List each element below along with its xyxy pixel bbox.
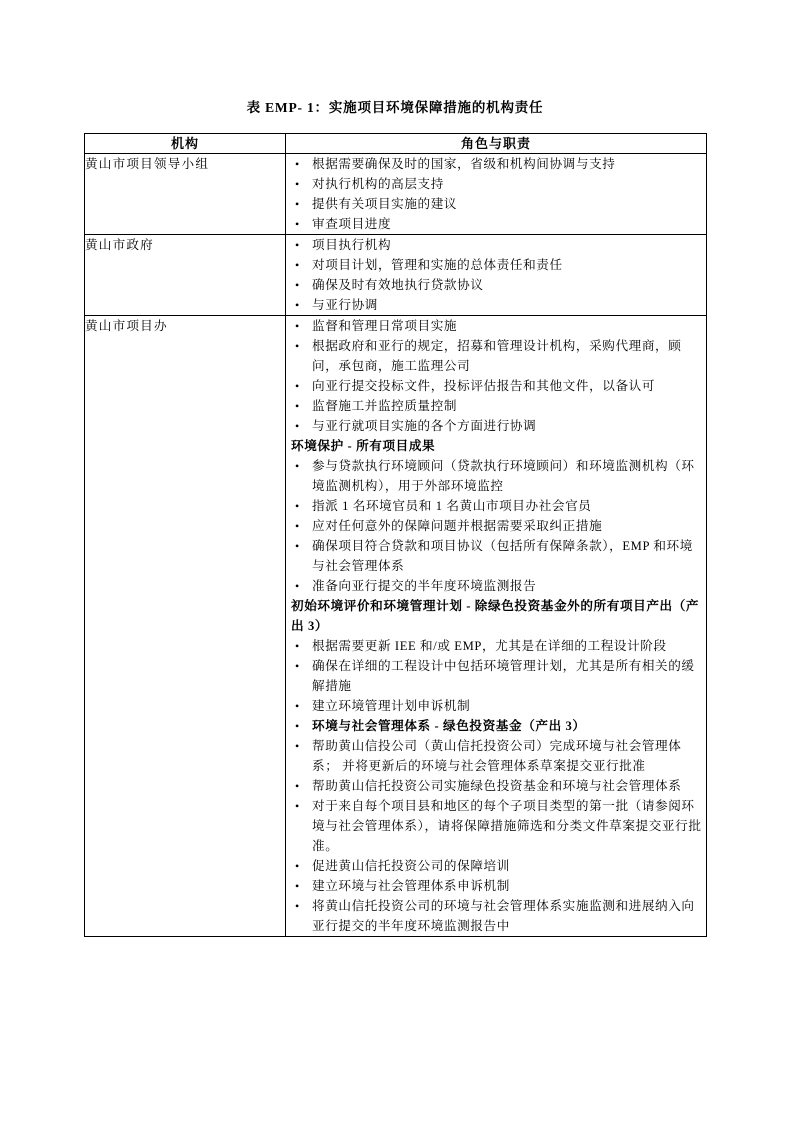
org-cell: 黄山市项目领导小组 — [85, 154, 286, 235]
item-text: 帮助黄山信投公司（黄山信托投资公司）完成环境与社会管理体系； 并将更新后的环境与… — [312, 739, 681, 773]
section-header: 初始环境评价和环境管理计划 - 除绿色投资基金外的所有项目产出（产出 3） — [286, 596, 706, 636]
item-text: 准备向亚行提交的半年度环境监测报告 — [312, 579, 536, 593]
section-header: 环境保护 - 所有项目成果 — [286, 436, 706, 456]
bullet-icon: • — [295, 214, 299, 234]
bullet-icon: • — [295, 536, 299, 556]
item-text: 与亚行就项目实施的各个方面进行协调 — [312, 419, 536, 433]
responsibility-item: •将黄山信托投资公司的环境与社会管理体系实施监测和进展纳入向亚行提交的半年度环境… — [286, 896, 706, 936]
bullet-icon: • — [295, 295, 299, 315]
responsibility-item: •项目执行机构 — [286, 235, 706, 255]
responsibility-item: •向亚行提交投标文件，投标评估报告和其他文件，以备认可 — [286, 376, 706, 396]
bullet-icon: • — [295, 235, 299, 255]
item-text: 参与贷款执行环境顾问（贷款执行环境顾问）和环境监测机构（环境监测机构），用于外部… — [312, 459, 695, 493]
item-text: 建立环境管理计划申诉机制 — [312, 699, 470, 713]
responsibility-item: •促进黄山信托投资公司的保障培训 — [286, 856, 706, 876]
item-text: 对执行机构的高层支持 — [312, 177, 444, 191]
table-row: 黄山市项目办•监督和管理日常项目实施•根据政府和亚行的规定，招募和管理设计机构，… — [85, 316, 707, 937]
responsibility-item: •确保在详细的工程设计中包括环境管理计划，尤其是所有相关的缓解措施 — [286, 656, 706, 696]
column-header-org: 机构 — [85, 134, 286, 154]
responsibility-item: •与亚行协调 — [286, 295, 706, 315]
responsibility-item: •帮助黄山信投公司（黄山信托投资公司）完成环境与社会管理体系； 并将更新后的环境… — [286, 736, 706, 776]
responsibility-item: •准备向亚行提交的半年度环境监测报告 — [286, 576, 706, 596]
bullet-icon: • — [295, 656, 299, 676]
responsibility-item: •应对任何意外的保障问题并根据需要采取纠正措施 — [286, 516, 706, 536]
responsibility-item: •与亚行就项目实施的各个方面进行协调 — [286, 416, 706, 436]
bullet-icon: • — [295, 416, 299, 436]
responsibility-item: •环境与社会管理体系 - 绿色投资基金（产出 3） — [286, 716, 706, 736]
document-page: 表 EMP- 1：实施项目环境保障措施的机构责任 机构 角色与职责 黄山市项目领… — [0, 0, 790, 1122]
bullet-icon: • — [295, 856, 299, 876]
item-text: 项目执行机构 — [312, 238, 391, 252]
bullet-icon: • — [295, 516, 299, 536]
bullet-icon: • — [295, 376, 299, 396]
table-title: 表 EMP- 1：实施项目环境保障措施的机构责任 — [0, 96, 790, 116]
bullet-icon: • — [295, 776, 299, 796]
item-text: 帮助黄山信托投资公司实施绿色投资基金和环境与社会管理体系 — [312, 779, 681, 793]
responsibility-table: 机构 角色与职责 黄山市项目领导小组•根据需要确保及时的国家，省级和机构间协调与… — [84, 133, 707, 937]
responsibility-item: •确保及时有效地执行贷款协议 — [286, 275, 706, 295]
item-text: 根据需要确保及时的国家，省级和机构间协调与支持 — [312, 157, 615, 171]
bullet-icon: • — [295, 275, 299, 295]
bullet-icon: • — [295, 576, 299, 596]
item-text: 根据政府和亚行的规定，招募和管理设计机构，采购代理商，顾问，承包商，施工监理公司 — [312, 339, 681, 373]
bullet-icon: • — [295, 174, 299, 194]
table-row: 黄山市政府•项目执行机构•对项目计划，管理和实施的总体责任和责任•确保及时有效地… — [85, 235, 707, 316]
responsibility-item: •帮助黄山信托投资公司实施绿色投资基金和环境与社会管理体系 — [286, 776, 706, 796]
org-cell: 黄山市项目办 — [85, 316, 286, 937]
roles-cell: •根据需要确保及时的国家，省级和机构间协调与支持•对执行机构的高层支持•提供有关… — [286, 154, 707, 235]
responsibility-item: •根据需要更新 IEE 和/或 EMP，尤其是在详细的工程设计阶段 — [286, 636, 706, 656]
item-text: 促进黄山信托投资公司的保障培训 — [312, 859, 510, 873]
bullet-icon: • — [295, 736, 299, 756]
bullet-icon: • — [295, 796, 299, 816]
header-row: 机构 角色与职责 — [85, 134, 707, 154]
responsibility-item: •对项目计划，管理和实施的总体责任和责任 — [286, 255, 706, 275]
org-cell: 黄山市政府 — [85, 235, 286, 316]
item-text: 与亚行协调 — [312, 298, 378, 312]
bullet-icon: • — [295, 496, 299, 516]
roles-cell: •项目执行机构•对项目计划，管理和实施的总体责任和责任•确保及时有效地执行贷款协… — [286, 235, 707, 316]
item-text: 将黄山信托投资公司的环境与社会管理体系实施监测和进展纳入向亚行提交的半年度环境监… — [312, 899, 695, 933]
table-row: 黄山市项目领导小组•根据需要确保及时的国家，省级和机构间协调与支持•对执行机构的… — [85, 154, 707, 235]
column-header-roles: 角色与职责 — [286, 134, 707, 154]
bullet-icon: • — [295, 716, 299, 736]
bullet-icon: • — [295, 456, 299, 476]
item-text: 审查项目进度 — [312, 217, 391, 231]
item-text: 监督施工并监控质量控制 — [312, 399, 457, 413]
bullet-icon: • — [295, 696, 299, 716]
responsibility-item: •审查项目进度 — [286, 214, 706, 234]
item-text: 建立环境与社会管理体系申诉机制 — [312, 879, 510, 893]
responsibility-item: •根据政府和亚行的规定，招募和管理设计机构，采购代理商，顾问，承包商，施工监理公… — [286, 336, 706, 376]
responsibility-item: •对于来自每个项目县和地区的每个子项目类型的第一批（请参阅环境与社会管理体系），… — [286, 796, 706, 856]
item-text: 确保在详细的工程设计中包括环境管理计划，尤其是所有相关的缓解措施 — [312, 659, 695, 693]
bullet-icon: • — [295, 316, 299, 336]
responsibility-item: •监督和管理日常项目实施 — [286, 316, 706, 336]
table-body: 黄山市项目领导小组•根据需要确保及时的国家，省级和机构间协调与支持•对执行机构的… — [85, 154, 707, 937]
bullet-icon: • — [295, 876, 299, 896]
responsibility-item: •监督施工并监控质量控制 — [286, 396, 706, 416]
responsibility-item: •建立环境与社会管理体系申诉机制 — [286, 876, 706, 896]
roles-cell: •监督和管理日常项目实施•根据政府和亚行的规定，招募和管理设计机构，采购代理商，… — [286, 316, 707, 937]
responsibility-item: •参与贷款执行环境顾问（贷款执行环境顾问）和环境监测机构（环境监测机构），用于外… — [286, 456, 706, 496]
bullet-icon: • — [295, 194, 299, 214]
item-text: 根据需要更新 IEE 和/或 EMP，尤其是在详细的工程设计阶段 — [312, 639, 667, 653]
bullet-icon: • — [295, 636, 299, 656]
item-text: 应对任何意外的保障问题并根据需要采取纠正措施 — [312, 519, 602, 533]
responsibility-item: •对执行机构的高层支持 — [286, 174, 706, 194]
item-text: 提供有关项目实施的建议 — [312, 197, 457, 211]
item-text: 环境与社会管理体系 - 绿色投资基金（产出 3） — [312, 719, 586, 733]
responsibility-item: •指派 1 名环境官员和 1 名黄山市项目办社会官员 — [286, 496, 706, 516]
bullet-icon: • — [295, 336, 299, 356]
item-text: 确保项目符合贷款和项目协议（包括所有保障条款），EMP 和环境与社会管理体系 — [312, 539, 693, 573]
responsibility-item: •提供有关项目实施的建议 — [286, 194, 706, 214]
bullet-icon: • — [295, 255, 299, 275]
bullet-icon: • — [295, 396, 299, 416]
item-text: 指派 1 名环境官员和 1 名黄山市项目办社会官员 — [312, 499, 591, 513]
item-text: 确保及时有效地执行贷款协议 — [312, 278, 484, 292]
bullet-icon: • — [295, 154, 299, 174]
item-text: 监督和管理日常项目实施 — [312, 319, 457, 333]
bullet-icon: • — [295, 896, 299, 916]
item-text: 对于来自每个项目县和地区的每个子项目类型的第一批（请参阅环境与社会管理体系），请… — [312, 799, 702, 853]
responsibility-item: •根据需要确保及时的国家，省级和机构间协调与支持 — [286, 154, 706, 174]
item-text: 对项目计划，管理和实施的总体责任和责任 — [312, 258, 563, 272]
item-text: 向亚行提交投标文件，投标评估报告和其他文件，以备认可 — [312, 379, 655, 393]
responsibility-item: •确保项目符合贷款和项目协议（包括所有保障条款），EMP 和环境与社会管理体系 — [286, 536, 706, 576]
responsibility-item: •建立环境管理计划申诉机制 — [286, 696, 706, 716]
